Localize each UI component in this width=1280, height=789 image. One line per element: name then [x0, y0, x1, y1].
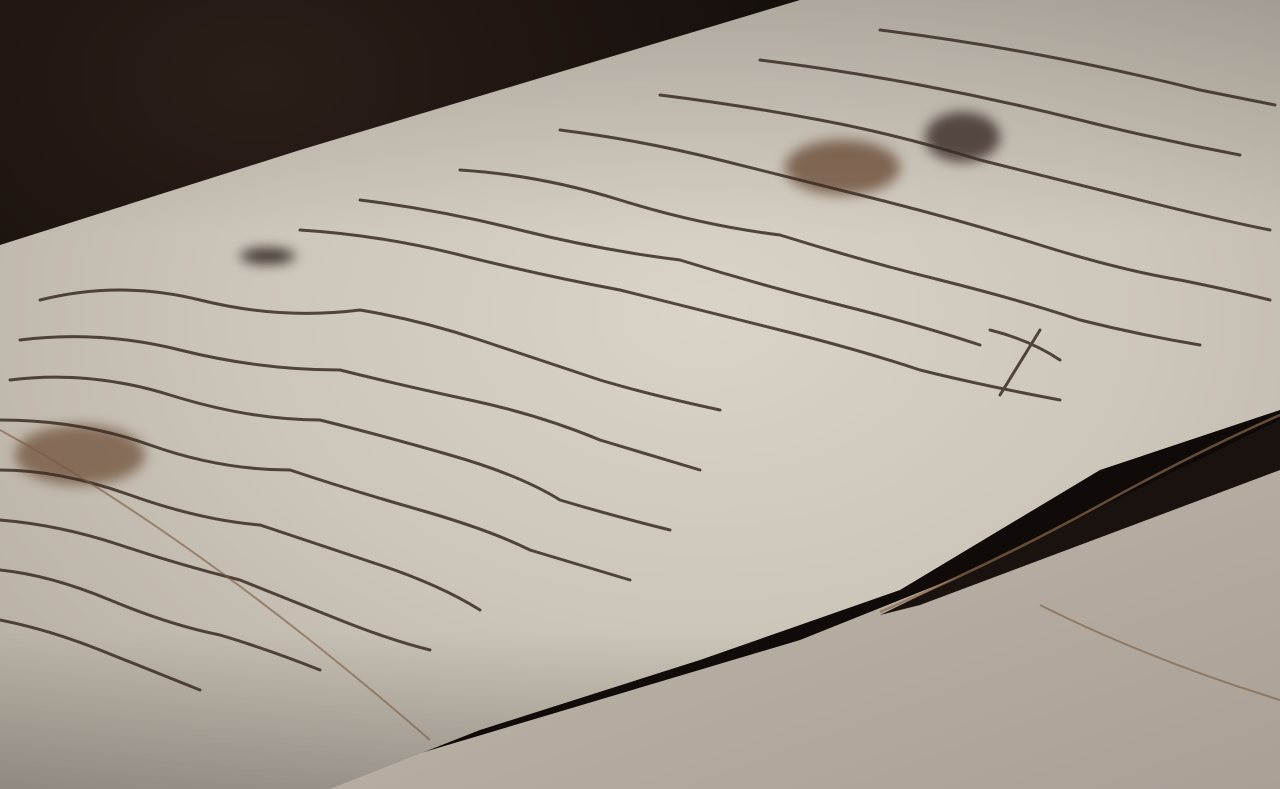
handwritten-script [0, 0, 1280, 789]
manuscript-photo [0, 0, 1280, 789]
